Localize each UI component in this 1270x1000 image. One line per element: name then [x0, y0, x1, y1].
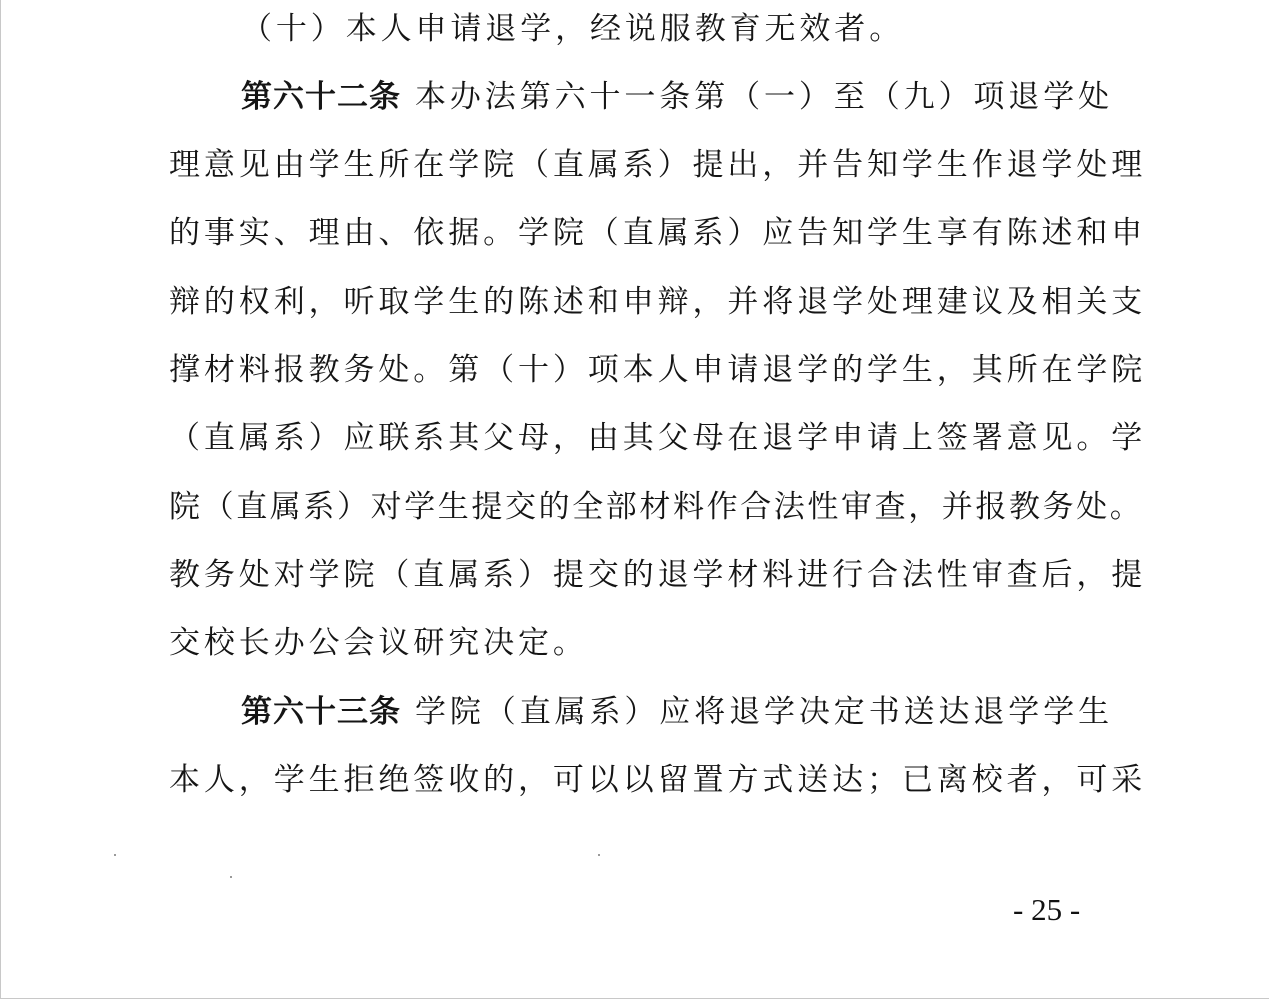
text-line-item-10: （十）本人申请退学，经说服教育无效者。 — [241, 4, 1181, 54]
line-text: 本人，学生拒绝签收的，可以以留置方式送达；已离校者，可采 — [169, 762, 1146, 798]
line-text: 教务处对学院（直属系）提交的退学材料进行合法性审查后，提 — [169, 557, 1146, 593]
text-line: （直属系）应联系其父母，由其父母在退学申请上签署意见。学 — [169, 413, 1109, 463]
page-number: - 25 - — [1013, 888, 1080, 932]
text-line: 的事实、理由、依据。学院（直属系）应告知学生享有陈述和申 — [169, 208, 1109, 258]
article-63-title: 第六十三条 — [241, 694, 401, 730]
article-63-heading-line: 第六十三条学院（直属系）应将退学决定书送达退学学生 — [241, 687, 1109, 737]
line-text: 理意见由学生所在学院（直属系）提出，并告知学生作退学处理 — [169, 147, 1146, 183]
text-line: 撑材料报教务处。第（十）项本人申请退学的学生，其所在学院 — [169, 345, 1109, 395]
line-text: 交校长办公会议研究决定。 — [169, 625, 588, 661]
text-line: 交校长办公会议研究决定。 — [169, 618, 1109, 668]
scan-speck — [598, 854, 600, 856]
line-text: 撑材料报教务处。第（十）项本人申请退学的学生，其所在学院 — [169, 352, 1146, 388]
text-line: 本人，学生拒绝签收的，可以以留置方式送达；已离校者，可采 — [169, 755, 1109, 805]
line-text: 辩的权利，听取学生的陈述和申辩，并将退学处理建议及相关支 — [169, 284, 1146, 320]
scan-speck — [230, 876, 232, 878]
line-text: 院（直属系）对学生提交的全部材料作合法性审查，并报教务处。 — [169, 489, 1143, 525]
text-line: 辩的权利，听取学生的陈述和申辩，并将退学处理建议及相关支 — [169, 277, 1109, 327]
line-text: 的事实、理由、依据。学院（直属系）应告知学生享有陈述和申 — [169, 215, 1146, 251]
text-line: 理意见由学生所在学院（直属系）提出，并告知学生作退学处理 — [169, 140, 1109, 190]
document-page: （十）本人申请退学，经说服教育无效者。 第六十二条本办法第六十一条第（一）至（九… — [0, 0, 1269, 999]
article-62-heading-line: 第六十二条本办法第六十一条第（一）至（九）项退学处 — [241, 72, 1109, 122]
article-62-title: 第六十二条 — [241, 79, 401, 115]
text-line: 院（直属系）对学生提交的全部材料作合法性审查，并报教务处。 — [169, 482, 1109, 532]
line-text: 学院（直属系）应将退学决定书送达退学学生 — [415, 694, 1113, 730]
line-text: （直属系）应联系其父母，由其父母在退学申请上签署意见。学 — [169, 420, 1146, 456]
line-text: （十）本人申请退学，经说服教育无效者。 — [241, 11, 904, 47]
text-line: 教务处对学院（直属系）提交的退学材料进行合法性审查后，提 — [169, 550, 1109, 600]
line-text: 本办法第六十一条第（一）至（九）项退学处 — [415, 79, 1113, 115]
scan-speck — [114, 854, 116, 856]
